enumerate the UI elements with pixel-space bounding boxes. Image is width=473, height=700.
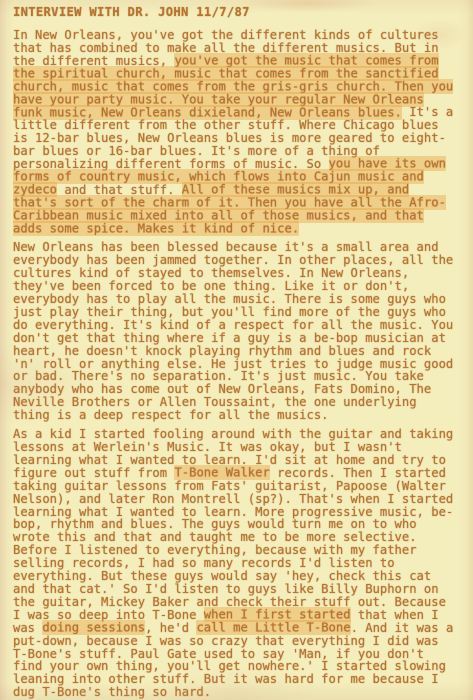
paragraph: New Orleans has been blessed because it'… — [13, 241, 469, 422]
scanned-document-page: INTERVIEW WITH DR. JOHN 11/7/87 In New O… — [0, 0, 473, 700]
document-content: INTERVIEW WITH DR. JOHN 11/7/87 In New O… — [0, 0, 473, 700]
document-body: In New Orleans, you've got the different… — [13, 29, 469, 699]
text-segment: records. Then I started taking guitar le… — [13, 466, 453, 622]
paragraph: As a kid I started fooling around with t… — [13, 428, 469, 699]
text-segment: New Orleans has been blessed because it'… — [13, 240, 453, 422]
text-segment: , he'd — [145, 621, 196, 635]
document-title: INTERVIEW WITH DR. JOHN 11/7/87 — [13, 6, 469, 19]
paragraph: In New Orleans, you've got the different… — [13, 29, 469, 236]
